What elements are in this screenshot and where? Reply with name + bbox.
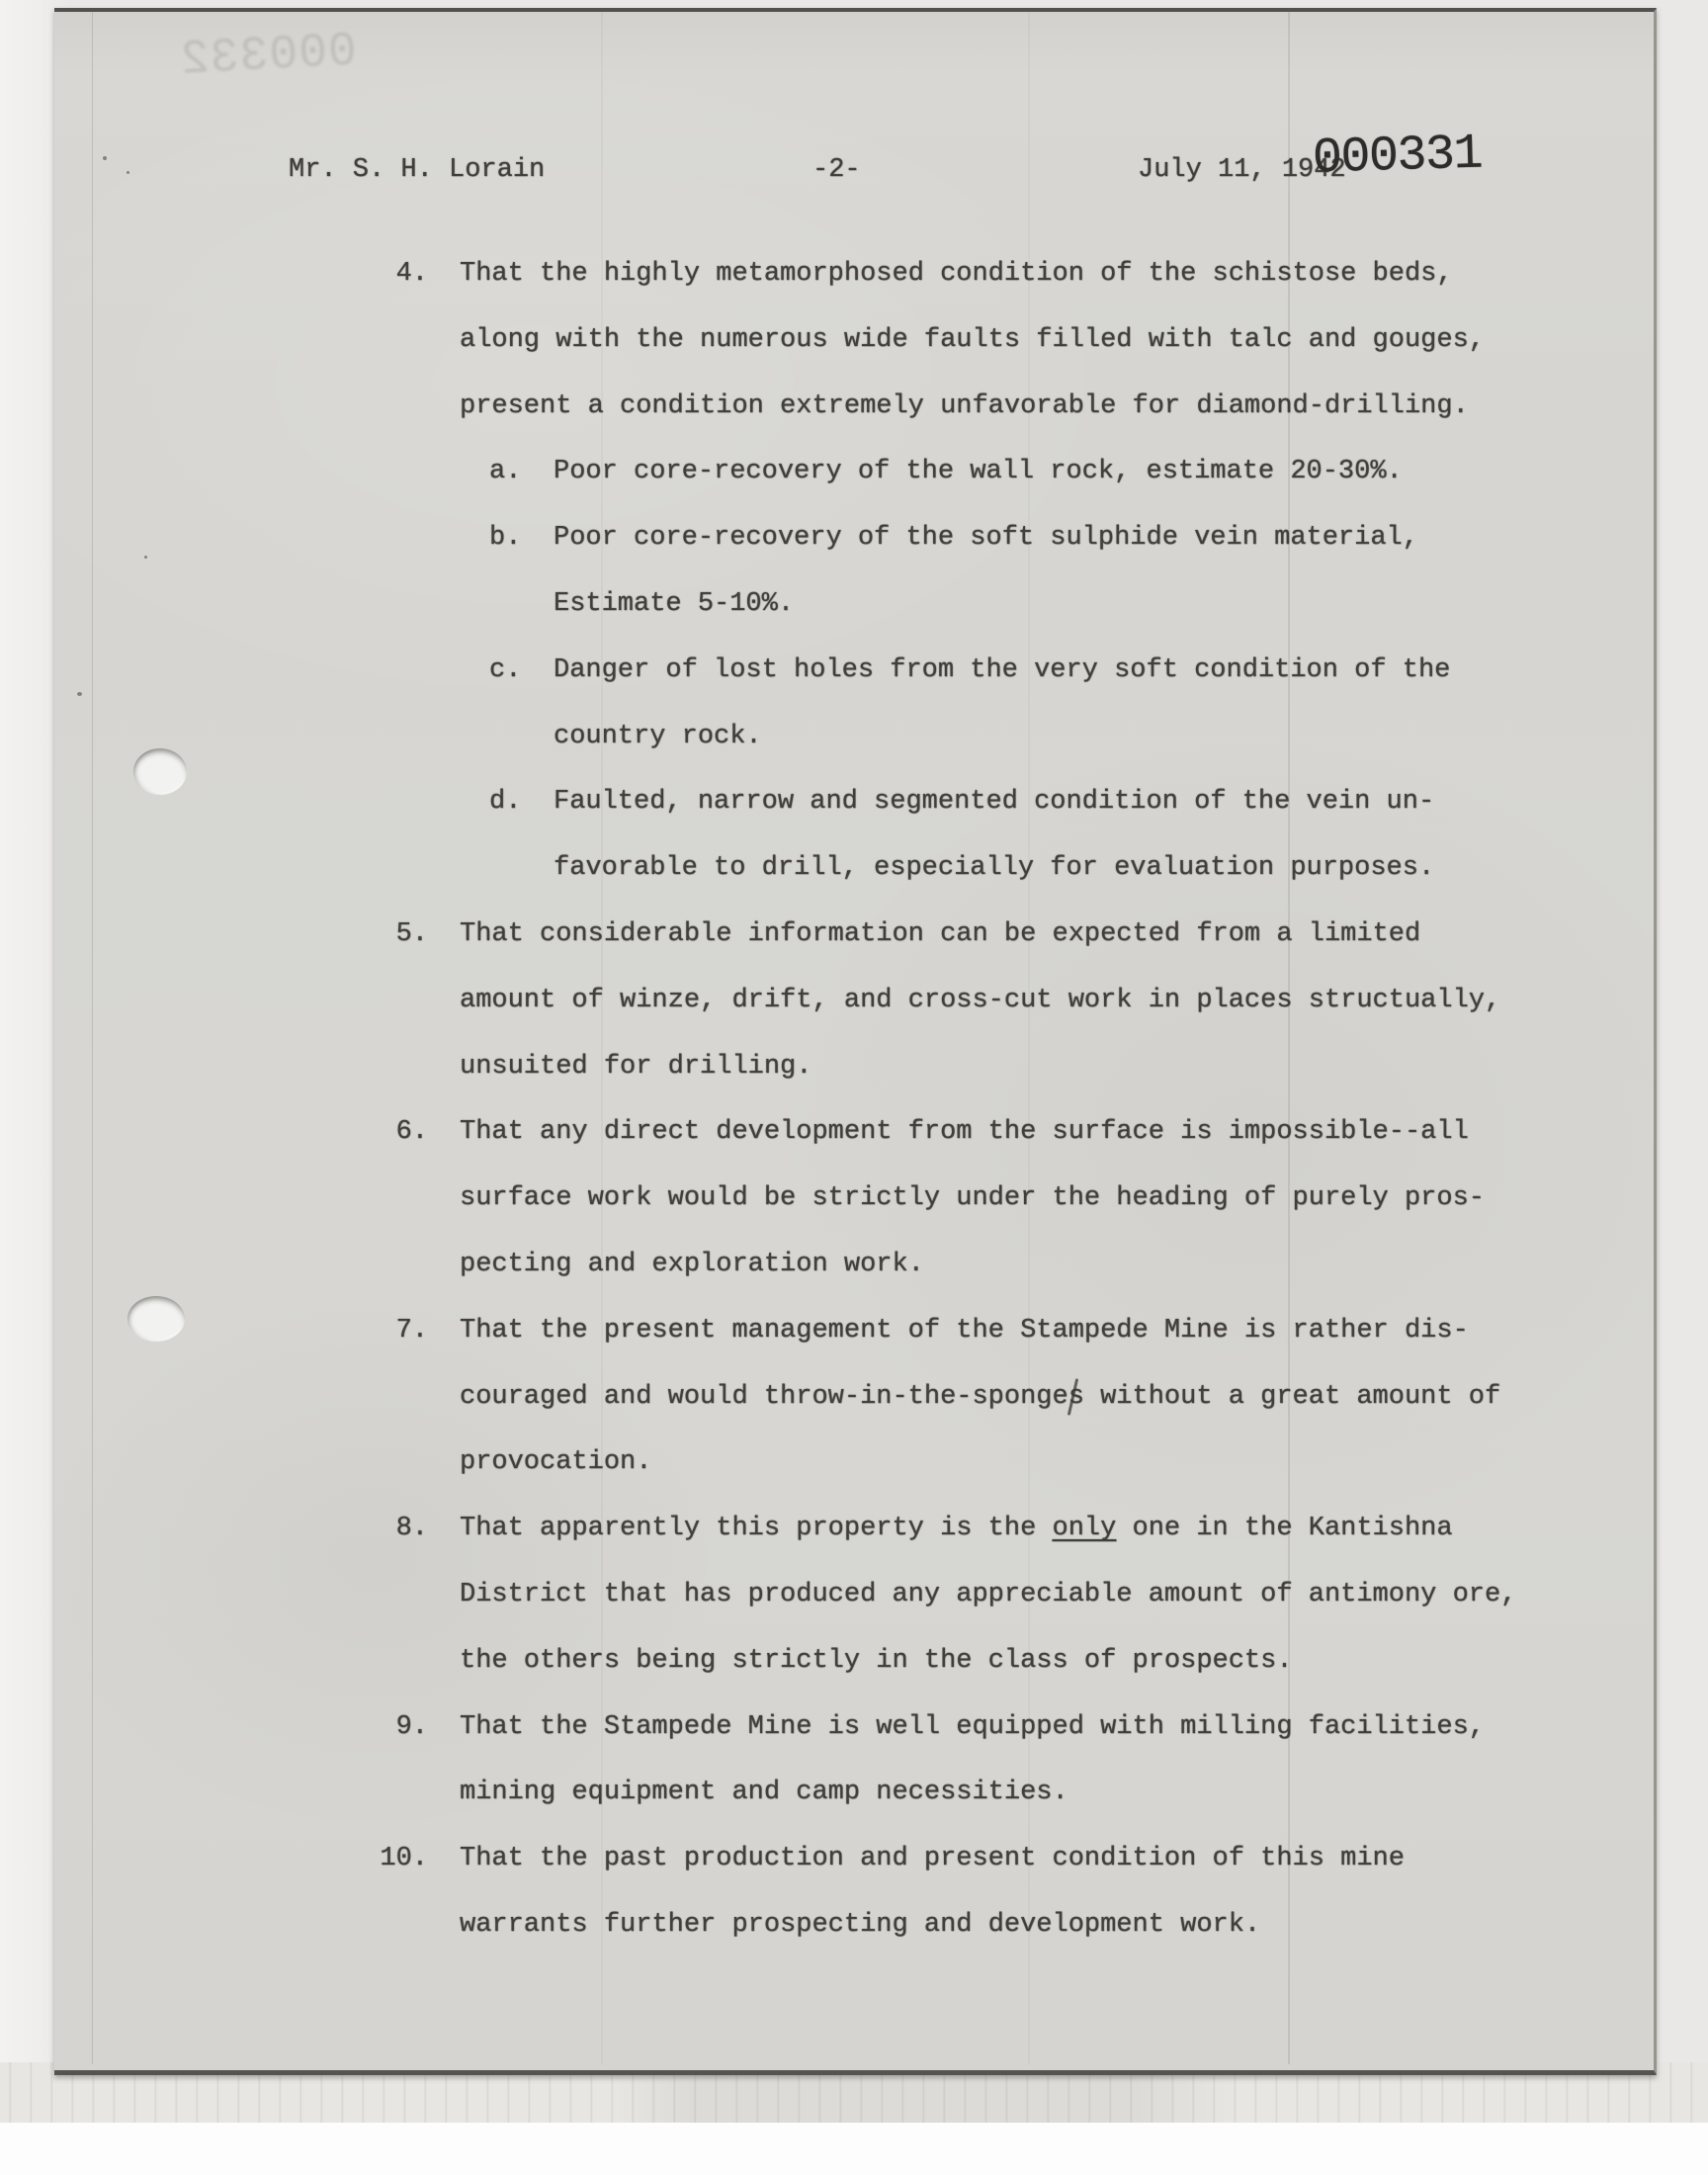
document-line: d.Faulted, narrow and segmented conditio…: [0, 769, 1708, 835]
line-text: present a condition extremely unfavorabl…: [460, 374, 1469, 440]
underlined-word: only: [1053, 1514, 1117, 1543]
document-line: 7.That the present management of the Sta…: [0, 1298, 1708, 1364]
line-text: That considerable information can be exp…: [460, 902, 1420, 968]
document-line: favorable to drill, especially for evalu…: [0, 835, 1708, 902]
document-line: c.Danger of lost holes from the very sof…: [0, 638, 1708, 704]
document-line: present a condition extremely unfavorabl…: [0, 374, 1708, 440]
sub-item-letter: b.: [489, 505, 521, 571]
sub-item-letter: a.: [489, 439, 521, 505]
document-line: country rock.: [0, 704, 1708, 770]
line-text: unsuited for drilling.: [460, 1034, 811, 1100]
document-line: b.Poor core-recovery of the soft sulphid…: [0, 505, 1708, 571]
line-text: That the highly metamorphosed condition …: [460, 241, 1453, 307]
document-line: 6.That any direct development from the s…: [0, 1099, 1708, 1166]
document-line: along with the numerous wide faults fill…: [0, 307, 1708, 374]
line-text: That any direct development from the sur…: [460, 1099, 1469, 1166]
document-line: warrants further prospecting and develop…: [0, 1892, 1708, 1958]
document-line: amount of winze, drift, and cross-cut wo…: [0, 968, 1708, 1034]
line-text: provocation.: [460, 1430, 651, 1496]
scanned-document-page: { "header": { "recipient": "Mr. S. H. Lo…: [0, 0, 1708, 2175]
document-line: the others being strictly in the class o…: [0, 1628, 1708, 1695]
line-text: Poor core-recovery of the soft sulphide …: [554, 505, 1418, 571]
line-text: District that has produced any appreciab…: [460, 1562, 1516, 1628]
line-text: That the past production and present con…: [460, 1826, 1405, 1892]
line-text: That the Stampede Mine is well equipped …: [460, 1695, 1485, 1761]
scan-bottom-margin: [0, 2123, 1708, 2175]
document-line: pecting and exploration work.: [0, 1232, 1708, 1298]
header-recipient: Mr. S. H. Lorain: [289, 153, 545, 187]
list-item-number: 7.: [366, 1298, 428, 1364]
document-line: 4.That the highly metamorphosed conditio…: [0, 241, 1708, 307]
header-page-number: -2-: [812, 153, 861, 187]
document-line: 9.That the Stampede Mine is well equippe…: [0, 1695, 1708, 1761]
archival-stamp-number: 000331: [1312, 130, 1482, 185]
list-item-number: 5.: [366, 902, 428, 968]
sub-item-letter: d.: [489, 769, 521, 835]
line-text: amount of winze, drift, and cross-cut wo…: [460, 968, 1500, 1034]
line-text: the others being strictly in the class o…: [460, 1628, 1293, 1695]
list-item-number: 6.: [366, 1099, 428, 1166]
line-text: couraged and would throw-in-the-sponges …: [460, 1364, 1500, 1431]
document-line: unsuited for drilling.: [0, 1034, 1708, 1100]
document-line: 8.That apparently this property is the o…: [0, 1496, 1708, 1562]
document-line: 5.That considerable information can be e…: [0, 902, 1708, 968]
line-text-segment: one in the Kantishna: [1116, 1514, 1452, 1543]
line-text: pecting and exploration work.: [460, 1232, 924, 1298]
list-item-number: 4.: [366, 241, 428, 307]
line-text: Estimate 5-10%.: [554, 571, 794, 638]
line-text: country rock.: [554, 704, 762, 770]
list-item-number: 10.: [366, 1826, 428, 1892]
document-line: Estimate 5-10%.: [0, 571, 1708, 638]
line-text: warrants further prospecting and develop…: [460, 1892, 1260, 1958]
line-text: That apparently this property is the onl…: [460, 1496, 1453, 1562]
list-item-number: 8.: [366, 1496, 428, 1562]
document-line: surface work would be strictly under the…: [0, 1166, 1708, 1232]
document-line: District that has produced any appreciab…: [0, 1562, 1708, 1628]
line-text: Danger of lost holes from the very soft …: [554, 638, 1450, 704]
list-item-number: 9.: [366, 1695, 428, 1761]
document-line: couraged and would throw-in-the-sponges …: [0, 1364, 1708, 1431]
bleedthrough-stamp-number: 000332: [179, 25, 358, 87]
line-text: Faulted, narrow and segmented condition …: [554, 769, 1434, 835]
line-text: That the present management of the Stamp…: [460, 1298, 1469, 1364]
document-line: 10.That the past production and present …: [0, 1826, 1708, 1892]
line-text: along with the numerous wide faults fill…: [460, 307, 1485, 374]
line-text: favorable to drill, especially for evalu…: [554, 835, 1434, 902]
line-text: surface work would be strictly under the…: [460, 1166, 1485, 1232]
line-text: mining equipment and camp necessities.: [460, 1760, 1068, 1826]
line-text: Poor core-recovery of the wall rock, est…: [554, 439, 1403, 505]
document-body: 4.That the highly metamorphosed conditio…: [0, 241, 1708, 1958]
document-line: a.Poor core-recovery of the wall rock, e…: [0, 439, 1708, 505]
sub-item-letter: c.: [489, 638, 521, 704]
document-line: provocation.: [0, 1430, 1708, 1496]
document-line: mining equipment and camp necessities.: [0, 1760, 1708, 1826]
line-text-segment: That apparently this property is the: [460, 1514, 1053, 1543]
